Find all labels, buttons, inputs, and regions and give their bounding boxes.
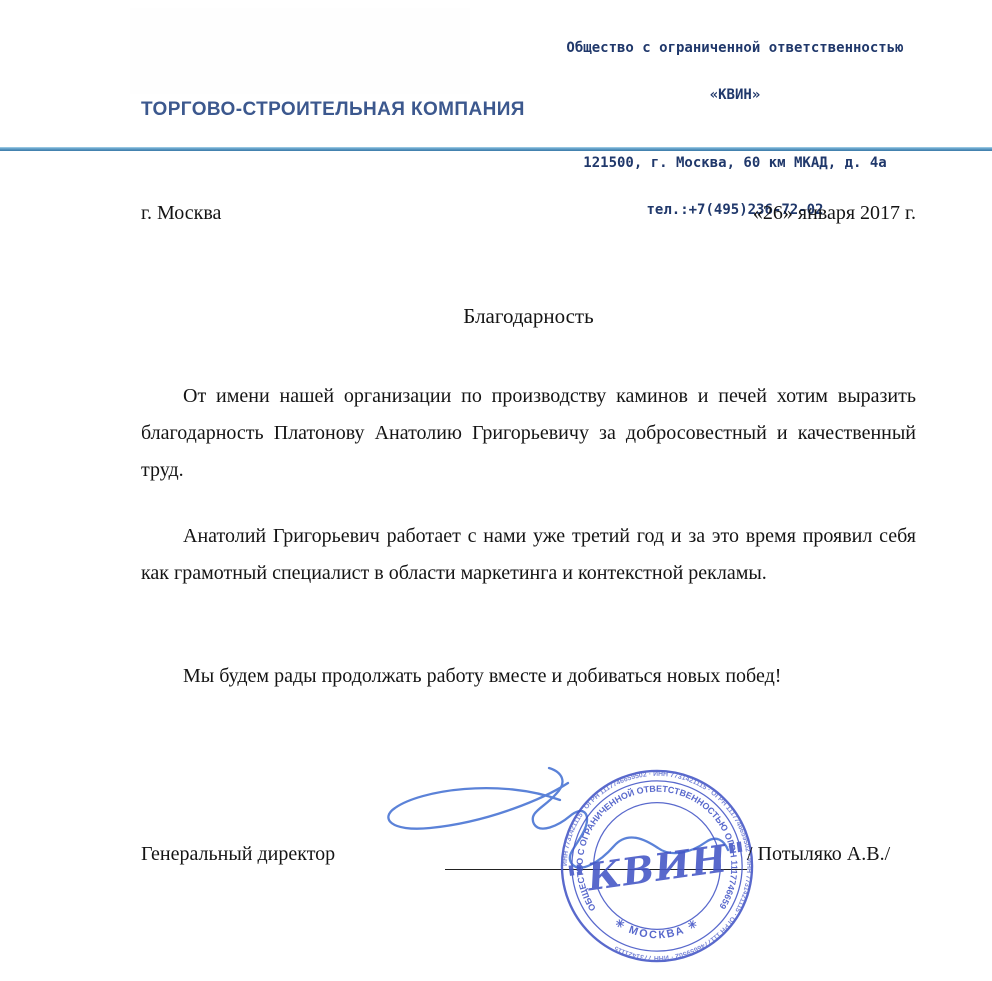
- org-name-line: Общество с ограниченной ответственностью: [535, 41, 935, 57]
- city-label: г. Москва: [141, 202, 221, 225]
- paragraph-2: Анатолий Григорьевич работает с нами уже…: [141, 518, 916, 592]
- date-label: «26» января 2017 г.: [753, 202, 916, 225]
- meta-row: г. Москва «26» января 2017 г.: [141, 202, 916, 225]
- letter-title: Благодарность: [141, 304, 916, 329]
- stamp-center-text: "КВИН": [564, 833, 751, 902]
- paragraph-1: От имени нашей организации по производст…: [141, 378, 916, 489]
- paragraph-3: Мы будем рады продолжать работу вместе и…: [141, 658, 916, 695]
- company-logo: [130, 8, 470, 94]
- header-divider: [0, 147, 992, 151]
- org-short-name: «КВИН»: [535, 88, 935, 104]
- director-name: / Потыляко А.В./: [747, 843, 890, 866]
- director-title: Генеральный директор: [141, 843, 335, 866]
- company-tagline: ТОРГОВО-СТРОИТЕЛЬНАЯ КОМПАНИЯ: [141, 99, 525, 121]
- company-stamp-icon: ИНН 7731421115 · ОГРН 1117746659502 · ИН…: [558, 767, 756, 965]
- org-address: 121500, г. Москва, 60 км МКАД, д. 4а: [535, 156, 935, 172]
- letter-page: ТОРГОВО-СТРОИТЕЛЬНАЯ КОМПАНИЯ Общество с…: [0, 0, 992, 981]
